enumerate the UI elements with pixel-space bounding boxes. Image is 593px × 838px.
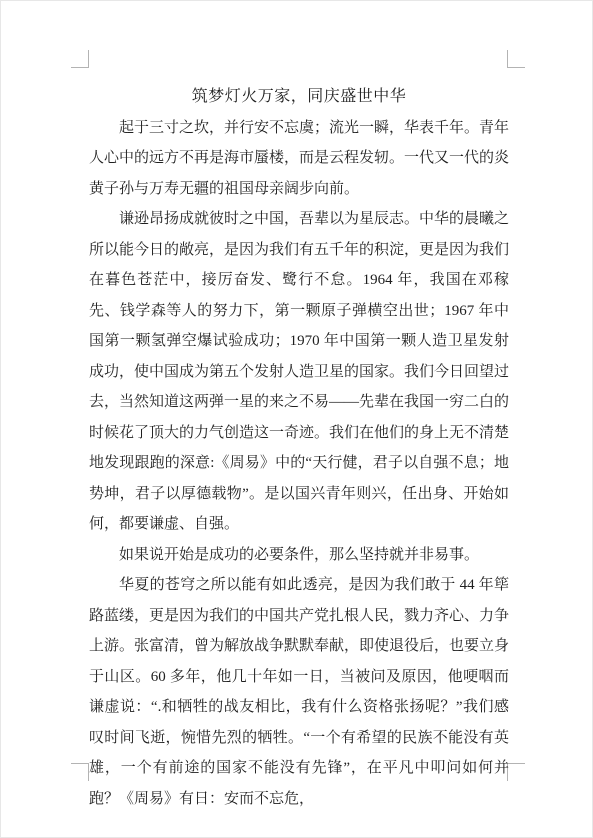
- paragraph-2: 谦逊昂扬成就彼时之中国，吾辈以为星辰志。中华的晨曦之所以能今日的敞亮，是因为我们…: [89, 204, 509, 540]
- text-boundary-mark-top-left: [71, 50, 89, 68]
- document-title: 筑梦灯火万家，同庆盛世中华: [89, 82, 509, 113]
- document-body: 起于三寸之坎，并行安不忘虞；流光一瞬，华表千年。青年人心中的远方不再是海市蜃楼，…: [89, 113, 509, 815]
- text-boundary-mark-bottom-left: [71, 763, 89, 781]
- document-content: 筑梦灯火万家，同庆盛世中华 起于三寸之坎，并行安不忘虞；流光一瞬，华表千年。青年…: [89, 82, 509, 814]
- paragraph-3: 如果说开始是成功的必要条件，那么坚持就并非易事。: [89, 540, 509, 571]
- text-boundary-mark-top-right: [507, 50, 525, 68]
- paragraph-1: 起于三寸之坎，并行安不忘虞；流光一瞬，华表千年。青年人心中的远方不再是海市蜃楼，…: [89, 113, 509, 205]
- document-page: 筑梦灯火万家，同庆盛世中华 起于三寸之坎，并行安不忘虞；流光一瞬，华表千年。青年…: [0, 0, 593, 838]
- paragraph-4: 华夏的苍穹之所以能有如此透亮，是因为我们敢于 44 年筚路蓝缕，更是因为我们的中…: [89, 570, 509, 814]
- text-boundary-mark-bottom-right: [507, 763, 525, 781]
